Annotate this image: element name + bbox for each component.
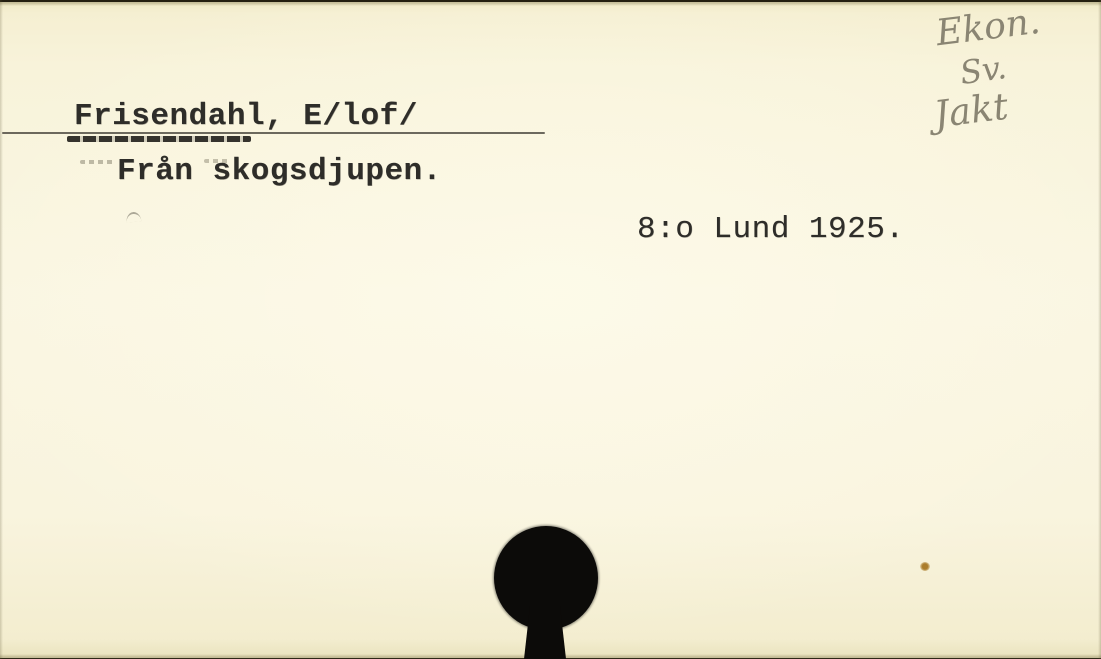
pencil-annotation-jakt: Jakt <box>932 88 1010 134</box>
erasure-mark-left <box>80 160 114 164</box>
imprint-line: 8:o Lund 1925. <box>637 214 904 245</box>
heading-underline-heavy <box>67 136 251 142</box>
erasure-mark-mid <box>204 159 230 163</box>
author-heading: Frisendahl, E/lof/ <box>74 101 418 132</box>
book-title: Från skogsdjupen. <box>117 156 442 187</box>
pencil-annotation-sv: Sv. <box>958 51 1008 89</box>
card-left-edge <box>0 0 3 659</box>
pencil-smudge <box>126 211 142 223</box>
catalog-card: Frisendahl, E/lof/ Från skogsdjupen. 8:o… <box>0 0 1101 659</box>
heading-underline-thin <box>2 132 545 134</box>
card-top-edge <box>0 0 1101 6</box>
foxing-stain <box>920 562 930 571</box>
pencil-annotation-ekon: Ekon. <box>934 4 1042 52</box>
